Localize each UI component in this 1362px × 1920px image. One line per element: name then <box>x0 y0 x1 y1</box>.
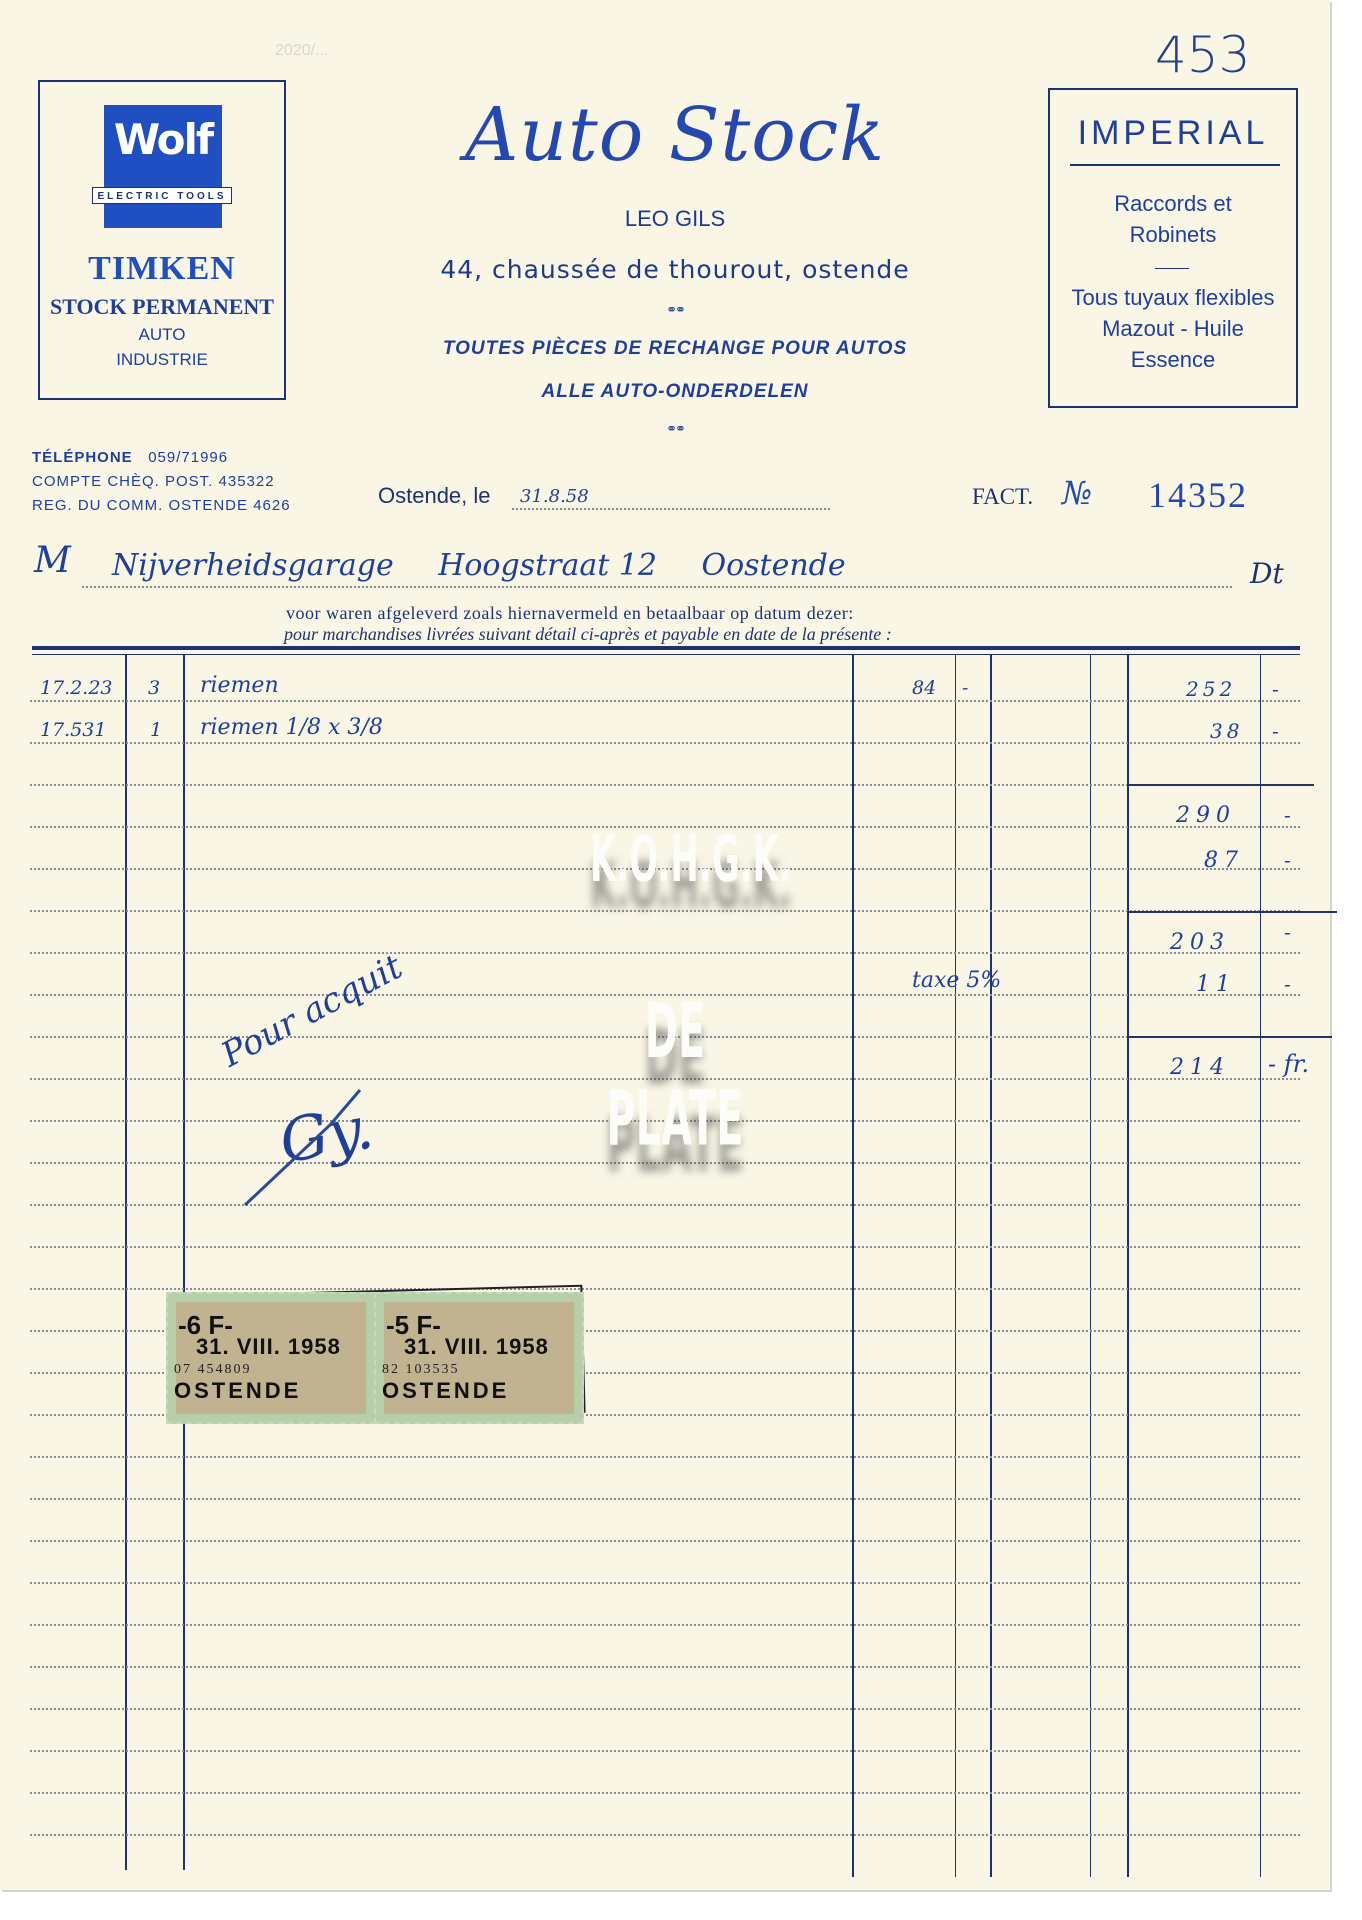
register-line: REG. DU COMM. OSTENDE 4626 <box>32 497 291 514</box>
table-top-rule <box>32 646 1300 650</box>
payment-note: Pour acquit <box>215 947 409 1075</box>
column-divider <box>125 655 127 1870</box>
ruled-row <box>30 1246 1300 1248</box>
ruled-row <box>30 1666 1300 1668</box>
handwritten-reference: 453 <box>1155 26 1250 84</box>
stamp-serial: 07 454809 <box>174 1362 252 1378</box>
imperial-box: IMPERIAL Raccords et Robinets Tous tuyau… <box>1048 88 1298 408</box>
subtotal-amount: 290 <box>1176 803 1236 828</box>
total-cents: - fr. <box>1268 1050 1309 1078</box>
ruled-row <box>30 1540 1300 1542</box>
tax-cents: - <box>1284 972 1291 996</box>
wolf-timken-box: Wolf ELECTRIC TOOLS TIMKEN STOCK PERMANE… <box>38 80 286 400</box>
column-divider <box>990 655 992 1877</box>
total-amount: 214 <box>1170 1055 1230 1080</box>
cheque-label: COMPTE CHÈQ. POST. <box>32 473 213 490</box>
cheque-number: 435322 <box>219 473 275 490</box>
number-symbol: № <box>1062 474 1092 512</box>
cheque-line: COMPTE CHÈQ. POST. 435322 <box>32 473 275 490</box>
wolf-tagline: ELECTRIC TOOLS <box>92 187 232 204</box>
net-rule <box>1127 911 1337 913</box>
customer-line: Nijverheidsgarage Hoogstraat 12 Oostende <box>82 548 1232 588</box>
essence-label: Essence <box>1050 344 1296 375</box>
tagline-nl: ALLE AUTO-ONDERDELEN <box>380 381 970 403</box>
telephone-number: 059/71996 <box>148 449 228 466</box>
fiscal-stamp: -5 F- 31. VIII. 1958 82 103535 OSTENDE <box>374 1292 584 1424</box>
place-label: Ostende, le <box>378 483 491 509</box>
customer-name: Nijverheidsgarage <box>112 548 394 583</box>
ruled-row <box>30 1582 1300 1584</box>
tax-amount: 11 <box>1196 972 1236 997</box>
item-amount: 252 <box>1186 677 1236 701</box>
ornament-icon: ⚭⚭ <box>380 302 970 318</box>
ruled-row <box>30 1792 1300 1794</box>
ruled-row <box>30 1624 1300 1626</box>
register-number: 4626 <box>253 497 290 514</box>
ruled-row <box>30 1204 1300 1206</box>
raccords-label: Raccords et <box>1050 188 1296 219</box>
imperial-brand: IMPERIAL <box>1050 114 1296 153</box>
ruled-row <box>30 1288 1300 1290</box>
column-divider <box>955 655 956 1877</box>
stamp-city: OSTENDE <box>174 1378 301 1404</box>
ruled-row <box>30 1498 1300 1500</box>
item-unit-cents: - <box>962 677 968 699</box>
wolf-logo: Wolf ELECTRIC TOOLS <box>104 105 222 228</box>
discount-cents: - <box>1284 848 1291 872</box>
subtotal-cents: - <box>1284 803 1291 827</box>
item-ref: 17.531 <box>40 719 106 741</box>
fact-label: FACT. <box>972 484 1033 510</box>
customer-street: Hoogstraat 12 <box>438 548 657 583</box>
stamp-city: OSTENDE <box>382 1378 509 1404</box>
table-top-rule-thin <box>32 654 1300 655</box>
item-amount: 38 <box>1210 719 1243 743</box>
ruled-row <box>30 784 1300 786</box>
tax-label: taxe 5% <box>912 968 1001 993</box>
register-label: REG. DU COMM. OSTENDE <box>32 497 248 514</box>
ruled-row <box>30 1750 1300 1752</box>
total-rule <box>1127 1036 1332 1038</box>
subtotal-rule <box>1127 784 1314 786</box>
stamp-date: 31. VIII. 1958 <box>404 1334 549 1360</box>
ruled-row <box>30 910 1300 912</box>
terms-fr: pour marchandises livrées suivant détail… <box>284 624 892 645</box>
item-ref: 17.2.23 <box>40 677 113 699</box>
pencil-note: 2020/... <box>275 42 328 60</box>
net-cents: - <box>1284 920 1291 944</box>
column-divider <box>1260 655 1261 1877</box>
item-description: riemen 1/8 x 3/8 <box>200 715 383 740</box>
telephone-line: TÉLÉPHONE 059/71996 <box>32 449 228 466</box>
industrie-label: INDUSTRIE <box>40 350 284 370</box>
divider <box>1070 164 1280 166</box>
item-description: riemen <box>200 673 279 698</box>
date-field: 31.8.58 <box>512 486 830 510</box>
stock-permanent: STOCK PERMANENT <box>40 294 284 320</box>
ornament-icon: ⚭⚭ <box>380 421 970 437</box>
auto-label: AUTO <box>40 325 284 345</box>
watermark-line2: DE PLATE <box>600 989 750 1164</box>
invoice-paper: 2020/... 453 Wolf ELECTRIC TOOLS TIMKEN … <box>0 0 1330 1890</box>
mazout-label: Mazout - Huile <box>1050 313 1296 344</box>
ruled-row <box>30 742 1300 744</box>
timken-logo: TIMKEN <box>40 250 284 288</box>
flexibles-label: Tous tuyaux flexibles <box>1050 282 1296 313</box>
invoice-date: 31.8.58 <box>512 486 589 507</box>
column-divider <box>1127 655 1129 1877</box>
ruled-row <box>30 1834 1300 1836</box>
owner-name: LEO GILS <box>380 206 970 232</box>
customer-city: Oostende <box>701 548 845 583</box>
discount-amount: 87 <box>1204 848 1244 873</box>
net-amount: 203 <box>1170 930 1230 955</box>
company-address: 44, chaussée de thourout, ostende <box>380 255 970 284</box>
ruled-row <box>30 1456 1300 1458</box>
column-divider <box>1090 655 1091 1877</box>
fiscal-stamp: -6 F- 31. VIII. 1958 07 454809 OSTENDE <box>166 1292 376 1424</box>
telephone-label: TÉLÉPHONE <box>32 449 133 466</box>
watermark-line1: K.O.H.G.K. <box>590 822 750 898</box>
item-qty: 3 <box>148 677 160 699</box>
column-divider <box>852 655 854 1877</box>
divider <box>1155 268 1189 269</box>
wolf-brand: Wolf <box>104 115 222 164</box>
robinets-label: Robinets <box>1050 219 1296 250</box>
signature-stroke-icon <box>235 1080 375 1210</box>
debit-label: Dt <box>1250 557 1284 590</box>
item-qty: 1 <box>150 719 162 741</box>
tagline-fr: TOUTES PIÈCES DE RECHANGE POUR AUTOS <box>380 338 970 360</box>
company-title: Auto Stock <box>380 92 970 178</box>
item-amount-cents: - <box>1272 719 1279 743</box>
ruled-row <box>30 1708 1300 1710</box>
column-divider <box>183 655 185 1870</box>
customer-prefix: M <box>34 540 71 581</box>
item-unit-price: 84 <box>912 677 936 699</box>
stamp-serial: 82 103535 <box>382 1362 460 1378</box>
terms-nl: voor waren afgeleverd zoals hiernavermel… <box>286 603 854 624</box>
ruled-row <box>30 700 1300 702</box>
invoice-number: 14352 <box>1148 474 1248 516</box>
item-amount-cents: - <box>1272 677 1279 701</box>
stamp-date: 31. VIII. 1958 <box>196 1334 341 1360</box>
ruled-row <box>30 952 1300 954</box>
